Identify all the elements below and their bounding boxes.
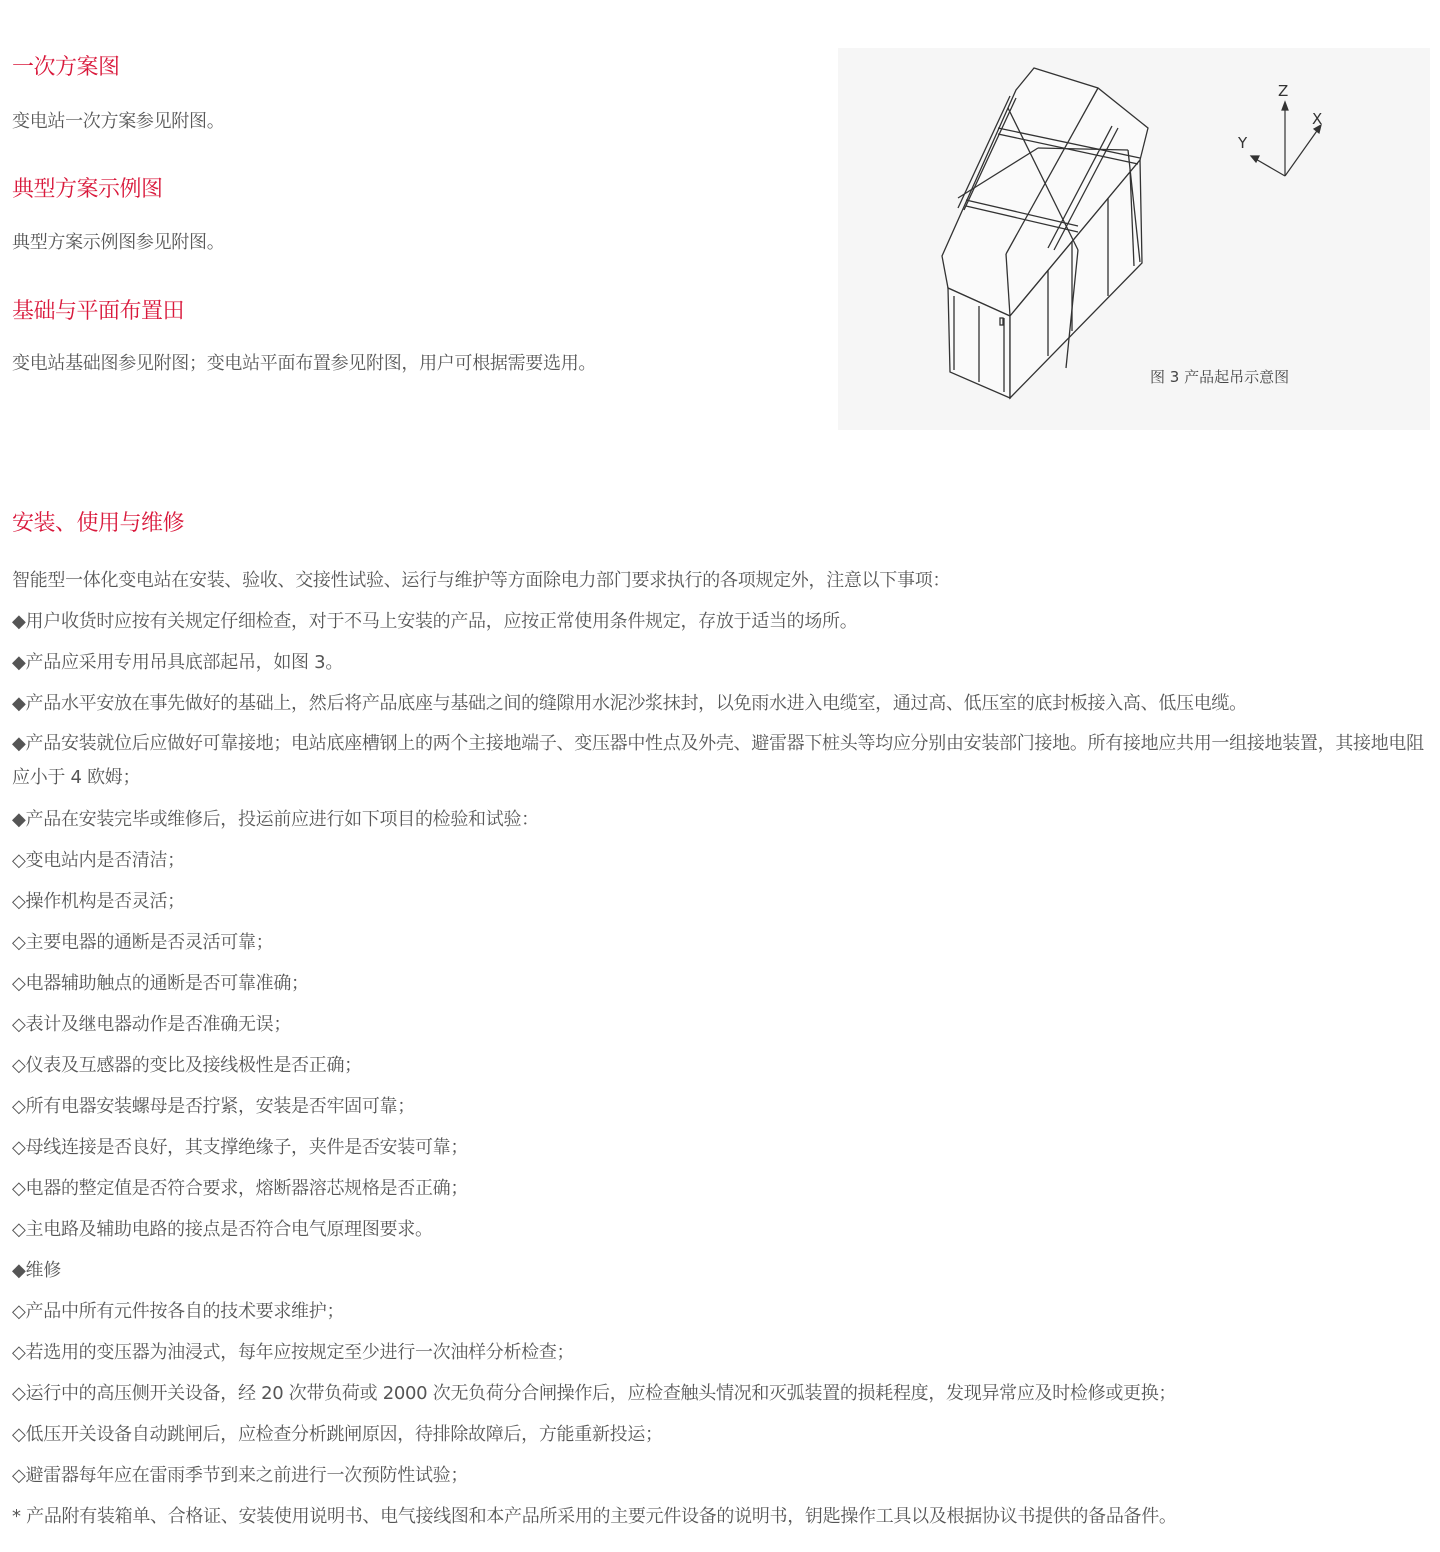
axis-label-x: X <box>1312 110 1322 128</box>
list-item: ◆产品安装就位后应做好可靠接地；电站底座槽钢上的两个主接地端子、变压器中性点及外… <box>12 724 1437 799</box>
installation-list: 智能型一体化变电站在安装、验收、交接性试验、运行与维护等方面除电力部门要求执行的… <box>12 560 1437 1537</box>
list-item: ◆产品在安装完毕或维修后，投运前应进行如下项目的检验和试验： <box>12 799 1437 840</box>
list-item: ◇母线连接是否良好，其支撑绝缘子，夹件是否安装可靠； <box>12 1127 1437 1168</box>
lifting-diagram-figure: Z X Y 图 3 产品起吊示意图 <box>838 48 1430 430</box>
axis-label-z: Z <box>1278 82 1288 100</box>
list-item: * 产品附有装箱单、合格证、安装使用说明书、电气接线图和本产品所采用的主要元件设… <box>12 1496 1437 1537</box>
list-item: ◇操作机构是否灵活； <box>12 881 1437 922</box>
list-item: ◇表计及继电器动作是否准确无误； <box>12 1004 1437 1045</box>
list-item: ◇所有电器安装螺母是否拧紧，安装是否牢固可靠； <box>12 1086 1437 1127</box>
list-item: ◆产品水平安放在事先做好的基础上，然后将产品底座与基础之间的缝隙用水泥沙浆抹封，… <box>12 683 1437 724</box>
list-item: ◇电器的整定值是否符合要求，熔断器溶芯规格是否正确； <box>12 1168 1437 1209</box>
figure-caption: 图 3 产品起吊示意图 <box>1150 366 1289 387</box>
heading-primary-scheme: 一次方案图 <box>12 50 120 81</box>
heading-foundation-layout: 基础与平面布置田 <box>12 294 184 325</box>
list-item: ◇仪表及互感器的变比及接线极性是否正确； <box>12 1045 1437 1086</box>
list-item: ◇低压开关设备自动跳闸后，应检查分析跳闸原因，待排除故障后，方能重新投运； <box>12 1414 1437 1455</box>
heading-installation: 安装、使用与维修 <box>12 506 184 537</box>
primary-scheme-text: 变电站一次方案参见附图。 <box>12 107 224 133</box>
typical-scheme-text: 典型方案示例图参见附图。 <box>12 228 224 254</box>
list-item: ◇若选用的变压器为油浸式，每年应按规定至少进行一次油样分析检查； <box>12 1332 1437 1373</box>
list-item: ◇避雷器每年应在雷雨季节到来之前进行一次预防性试验； <box>12 1455 1437 1496</box>
list-item: ◇主要电器的通断是否灵活可靠； <box>12 922 1437 963</box>
list-item: ◇产品中所有元件按各自的技术要求维护； <box>12 1291 1437 1332</box>
list-item: ◇运行中的高压侧开关设备，经 20 次带负荷或 2000 次无负荷分合闸操作后，… <box>12 1373 1437 1414</box>
list-item: ◆维修 <box>12 1250 1437 1291</box>
list-item: 智能型一体化变电站在安装、验收、交接性试验、运行与维护等方面除电力部门要求执行的… <box>12 560 1437 601</box>
substation-lifting-illustration <box>838 48 1430 430</box>
list-item: ◇变电站内是否清洁； <box>12 840 1437 881</box>
axis-label-y: Y <box>1238 134 1247 152</box>
heading-typical-scheme: 典型方案示例图 <box>12 172 163 203</box>
list-item: ◇主电路及辅助电路的接点是否符合电气原理图要求。 <box>12 1209 1437 1250</box>
list-item: ◆产品应采用专用吊具底部起吊，如图 3。 <box>12 642 1437 683</box>
list-item: ◇电器辅助触点的通断是否可靠准确； <box>12 963 1437 1004</box>
foundation-layout-text: 变电站基础图参见附图；变电站平面布置参见附图，用户可根据需要选用。 <box>12 349 596 375</box>
list-item: ◆用户收货时应按有关规定仔细检查，对于不马上安装的产品，应按正常使用条件规定，存… <box>12 601 1437 642</box>
